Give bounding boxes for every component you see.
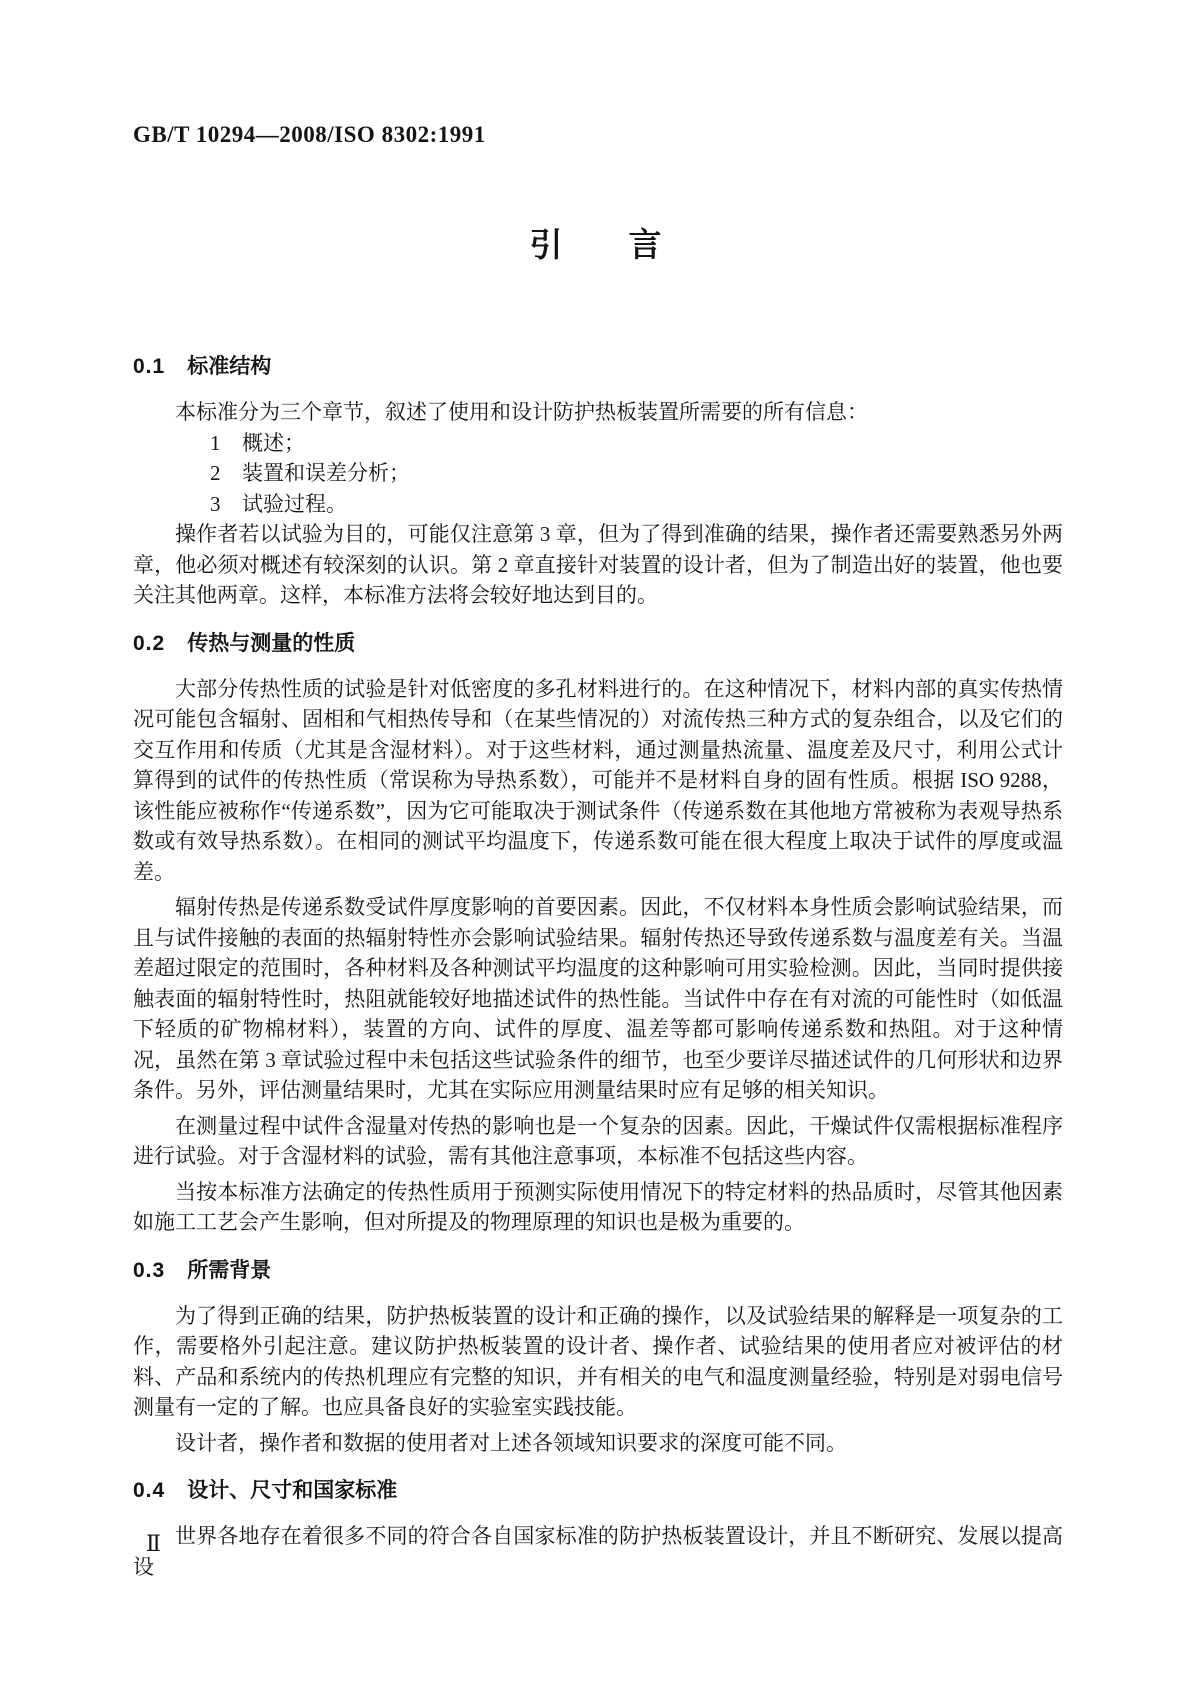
section-heading-0-4: 0.4设计、尺寸和国家标准 xyxy=(133,1476,1063,1506)
list-item-number: 3 xyxy=(210,489,242,520)
list-item-text: 概述； xyxy=(242,431,305,455)
section-heading-0-2: 0.2传热与测量的性质 xyxy=(133,629,1063,659)
section-number: 0.2 xyxy=(133,632,165,655)
document-title: 引 言 xyxy=(0,226,1191,264)
list-item-text: 装置和误差分析； xyxy=(242,461,410,485)
paragraph: 世界各地存在着很多不同的符合各自国家标准的防护热板装置设计，并且不断研究、发展以… xyxy=(133,1521,1063,1582)
section-number: 0.3 xyxy=(133,1259,165,1282)
paragraph: 为了得到正确的结果，防护热板装置的设计和正确的操作，以及试验结果的解释是一项复杂… xyxy=(133,1301,1063,1423)
document-body: 0.1标准结构 本标准分为三个章节，叙述了使用和设计防护热板装置所需要的所有信息… xyxy=(133,352,1063,1587)
page-number: Ⅱ xyxy=(146,1531,161,1557)
paragraph: 设计者，操作者和数据的使用者对上述各领域知识要求的深度可能不同。 xyxy=(133,1428,1063,1459)
section-0-2: 0.2传热与测量的性质 大部分传热性质的试验是针对低密度的多孔材料进行的。在这种… xyxy=(133,629,1063,1238)
paragraph: 在测量过程中试件含湿量对传热的影响也是一个复杂的因素。因此，干燥试件仅需根据标准… xyxy=(133,1111,1063,1172)
list-item: 1概述； xyxy=(210,428,1063,459)
list-item: 2装置和误差分析； xyxy=(210,458,1063,489)
section-title: 传热与测量的性质 xyxy=(187,632,355,655)
list-item-number: 1 xyxy=(210,428,242,459)
paragraph: 辐射传热是传递系数受试件厚度影响的首要因素。因此，不仅材料本身性质会影响试验结果… xyxy=(133,892,1063,1106)
document-page: GB/T 10294—2008/ISO 8302:1991 引 言 0.1标准结… xyxy=(0,0,1191,1684)
section-title: 标准结构 xyxy=(187,355,271,378)
section-0-3: 0.3所需背景 为了得到正确的结果，防护热板装置的设计和正确的操作，以及试验结果… xyxy=(133,1256,1063,1459)
section-heading-0-1: 0.1标准结构 xyxy=(133,352,1063,382)
section-heading-0-3: 0.3所需背景 xyxy=(133,1256,1063,1286)
section-0-4: 0.4设计、尺寸和国家标准 世界各地存在着很多不同的符合各自国家标准的防护热板装… xyxy=(133,1476,1063,1582)
section-number: 0.4 xyxy=(133,1479,165,1502)
list-item: 3试验过程。 xyxy=(210,489,1063,520)
section-title: 设计、尺寸和国家标准 xyxy=(187,1479,397,1502)
section-0-1: 0.1标准结构 本标准分为三个章节，叙述了使用和设计防护热板装置所需要的所有信息… xyxy=(133,352,1063,611)
paragraph: 大部分传热性质的试验是针对低密度的多孔材料进行的。在这种情况下，材料内部的真实传… xyxy=(133,674,1063,888)
standard-code-header: GB/T 10294—2008/ISO 8302:1991 xyxy=(133,122,486,148)
paragraph: 当按本标准方法确定的传热性质用于预测实际使用情况下的特定材料的热品质时，尽管其他… xyxy=(133,1177,1063,1238)
paragraph: 本标准分为三个章节，叙述了使用和设计防护热板装置所需要的所有信息： xyxy=(133,397,1063,428)
list-item-text: 试验过程。 xyxy=(242,492,347,516)
paragraph: 操作者若以试验为目的，可能仅注意第 3 章，但为了得到准确的结果，操作者还需要熟… xyxy=(133,519,1063,611)
chapter-list: 1概述； 2装置和误差分析； 3试验过程。 xyxy=(133,428,1063,520)
section-number: 0.1 xyxy=(133,355,165,378)
section-title: 所需背景 xyxy=(187,1259,271,1282)
list-item-number: 2 xyxy=(210,458,242,489)
